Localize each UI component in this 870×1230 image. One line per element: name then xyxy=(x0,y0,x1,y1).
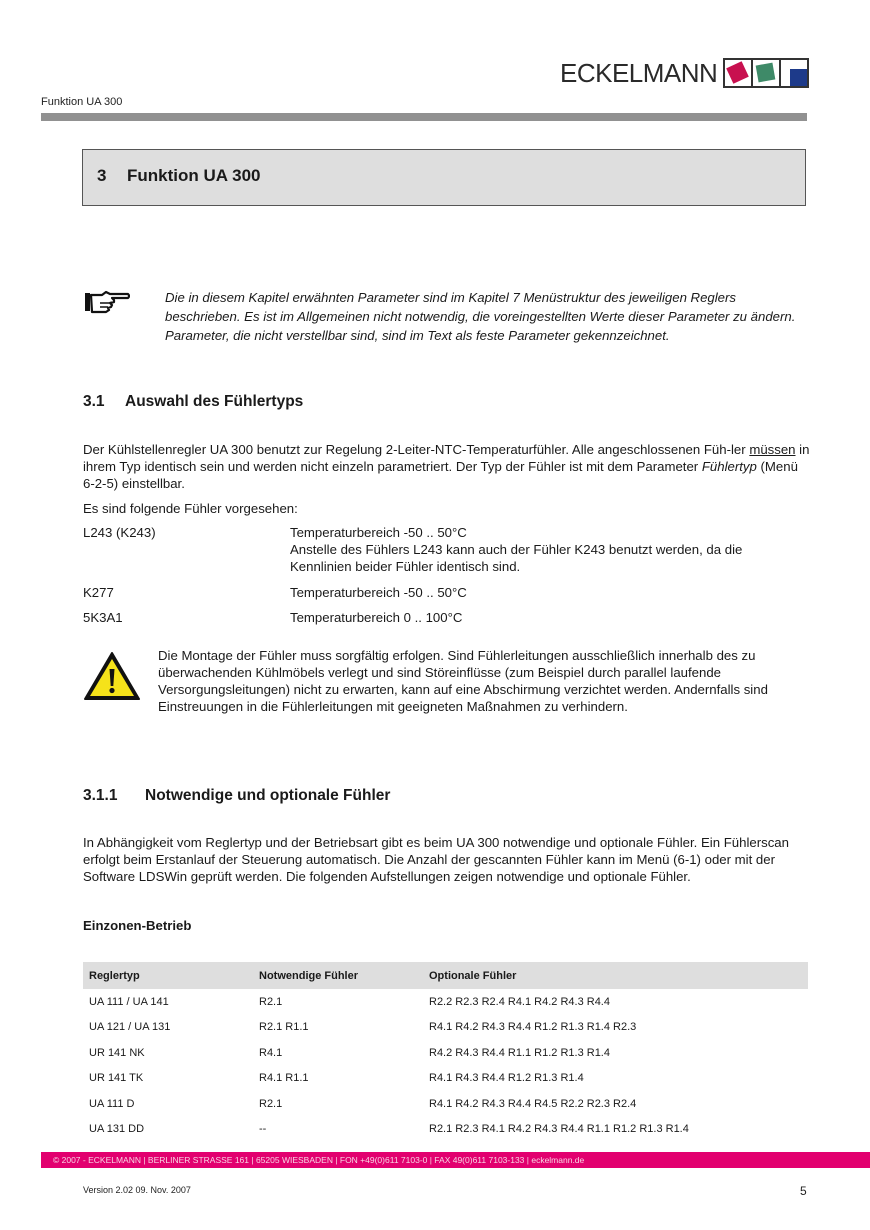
sensor-name: K277 xyxy=(83,584,114,601)
warning-text: Die Montage der Fühler muss sorgfältig e… xyxy=(158,647,818,715)
table-row: UA 121 / UA 131R2.1 R1.1R4.1 R4.2 R4.3 R… xyxy=(83,1015,808,1041)
header-rule xyxy=(41,113,807,121)
reglertyp-cell: UA 111 / UA 141 xyxy=(83,989,253,1015)
optional-sensors-cell: R4.2 R4.3 R4.4 R1.1 R1.2 R1.3 R1.4 xyxy=(423,1040,808,1066)
subheading-einzonen-betrieb: Einzonen-Betrieb xyxy=(83,918,191,933)
sensor-list-intro: Es sind folgende Fühler vorgesehen: xyxy=(83,500,783,517)
parameter-name: Fühlertyp xyxy=(702,459,757,474)
sensor-item: L243 (K243) Temperaturbereich -50 .. 50°… xyxy=(83,524,813,574)
required-sensors-cell: R4.1 xyxy=(253,1040,423,1066)
section-number: 3.1 xyxy=(83,393,125,411)
section-number: 3.1.1 xyxy=(83,787,145,805)
sensor-range: Temperaturbereich 0 .. 100°C xyxy=(290,609,810,626)
table-row: UR 141 TKR4.1 R1.1R4.1 R4.3 R4.4 R1.2 R1… xyxy=(83,1066,808,1092)
running-head: Funktion UA 300 xyxy=(41,96,122,108)
logo-green-diamond-icon xyxy=(753,60,781,86)
required-sensors-cell: R4.1 R1.1 xyxy=(253,1066,423,1092)
sensor-table: Reglertyp Notwendige Fühler Optionale Fü… xyxy=(83,962,808,1142)
table-row: UR 141 NKR4.1R4.2 R4.3 R4.4 R1.1 R1.2 R1… xyxy=(83,1040,808,1066)
column-header: Optionale Fühler xyxy=(423,962,808,989)
footer-address-bar: © 2007 - ECKELMANN | BERLINER STRASSE 16… xyxy=(41,1152,870,1168)
sensor-description: Temperaturbereich -50 .. 50°C Anstelle d… xyxy=(290,524,810,575)
chapter-heading-box: 3 Funktion UA 300 xyxy=(82,149,806,206)
text-run: Der Kühlstellenregler UA 300 benutzt zur… xyxy=(83,442,749,457)
column-header: Notwendige Fühler xyxy=(253,962,423,989)
logo-red-diamond-icon xyxy=(725,60,753,86)
chapter-title: Funktion UA 300 xyxy=(127,166,261,186)
table-row: UA 111 DR2.1R4.1 R4.2 R4.3 R4.4 R4.5 R2.… xyxy=(83,1091,808,1117)
optional-sensors-cell: R2.1 R2.3 R4.1 R4.2 R4.3 R4.4 R1.1 R1.2 … xyxy=(423,1117,808,1143)
pointing-hand-icon xyxy=(84,290,130,314)
optional-sensors-cell: R4.1 R4.2 R4.3 R4.4 R1.2 R1.3 R1.4 R2.3 xyxy=(423,1015,808,1041)
optional-sensors-cell: R4.1 R4.2 R4.3 R4.4 R4.5 R2.2 R2.3 R2.4 xyxy=(423,1091,808,1117)
sensor-item: 5K3A1 Temperaturbereich 0 .. 100°C xyxy=(83,609,813,626)
note-text: Die in diesem Kapitel erwähnten Paramete… xyxy=(165,288,815,345)
optional-sensors-cell: R2.2 R2.3 R2.4 R4.1 R4.2 R4.3 R4.4 xyxy=(423,989,808,1015)
required-optional-paragraph: In Abhängigkeit vom Reglertyp und der Be… xyxy=(83,834,813,885)
logo-text: ECKELMANN xyxy=(560,58,717,89)
sensor-range: Temperaturbereich -50 .. 50°C xyxy=(290,524,810,541)
section-heading-3-1: 3.1Auswahl des Fühlertyps xyxy=(83,393,303,411)
reglertyp-cell: UA 111 D xyxy=(83,1091,253,1117)
underlined-text: müssen xyxy=(749,442,795,457)
required-sensors-cell: R2.1 xyxy=(253,989,423,1015)
reglertyp-cell: UR 141 NK xyxy=(83,1040,253,1066)
sensor-type-paragraph: Der Kühlstellenregler UA 300 benutzt zur… xyxy=(83,441,813,492)
section-title: Auswahl des Fühlertyps xyxy=(125,393,303,410)
sensor-name: L243 (K243) xyxy=(83,524,156,541)
reglertyp-cell: UR 141 TK xyxy=(83,1066,253,1092)
section-heading-3-1-1: 3.1.1Notwendige und optionale Fühler xyxy=(83,787,390,805)
chapter-number: 3 xyxy=(97,166,106,186)
optional-sensors-cell: R4.1 R4.3 R4.4 R1.2 R1.3 R1.4 xyxy=(423,1066,808,1092)
required-sensors-cell: R2.1 R1.1 xyxy=(253,1015,423,1041)
required-sensors-cell: R2.1 xyxy=(253,1091,423,1117)
table-row: UA 131 DD--R2.1 R2.3 R4.1 R4.2 R4.3 R4.4… xyxy=(83,1117,808,1143)
required-sensors-cell: -- xyxy=(253,1117,423,1143)
eckelmann-logo: ECKELMANN xyxy=(560,57,809,89)
reglertyp-cell: UA 131 DD xyxy=(83,1117,253,1143)
table-header-row: Reglertyp Notwendige Fühler Optionale Fü… xyxy=(83,962,808,989)
warning-triangle-icon xyxy=(83,651,141,701)
logo-mark xyxy=(723,58,809,88)
section-title: Notwendige und optionale Fühler xyxy=(145,787,390,804)
column-header: Reglertyp xyxy=(83,962,253,989)
logo-blue-square-icon xyxy=(781,60,807,86)
table-row: UA 111 / UA 141R2.1R2.2 R2.3 R2.4 R4.1 R… xyxy=(83,989,808,1015)
version-info: Version 2.02 09. Nov. 2007 xyxy=(83,1185,191,1195)
sensor-name: 5K3A1 xyxy=(83,609,123,626)
sensor-range: Temperaturbereich -50 .. 50°C xyxy=(290,584,810,601)
sensor-item: K277 Temperaturbereich -50 .. 50°C xyxy=(83,584,813,601)
sensor-note: Anstelle des Fühlers L243 kann auch der … xyxy=(290,541,770,575)
reglertyp-cell: UA 121 / UA 131 xyxy=(83,1015,253,1041)
page-number: 5 xyxy=(800,1184,807,1198)
